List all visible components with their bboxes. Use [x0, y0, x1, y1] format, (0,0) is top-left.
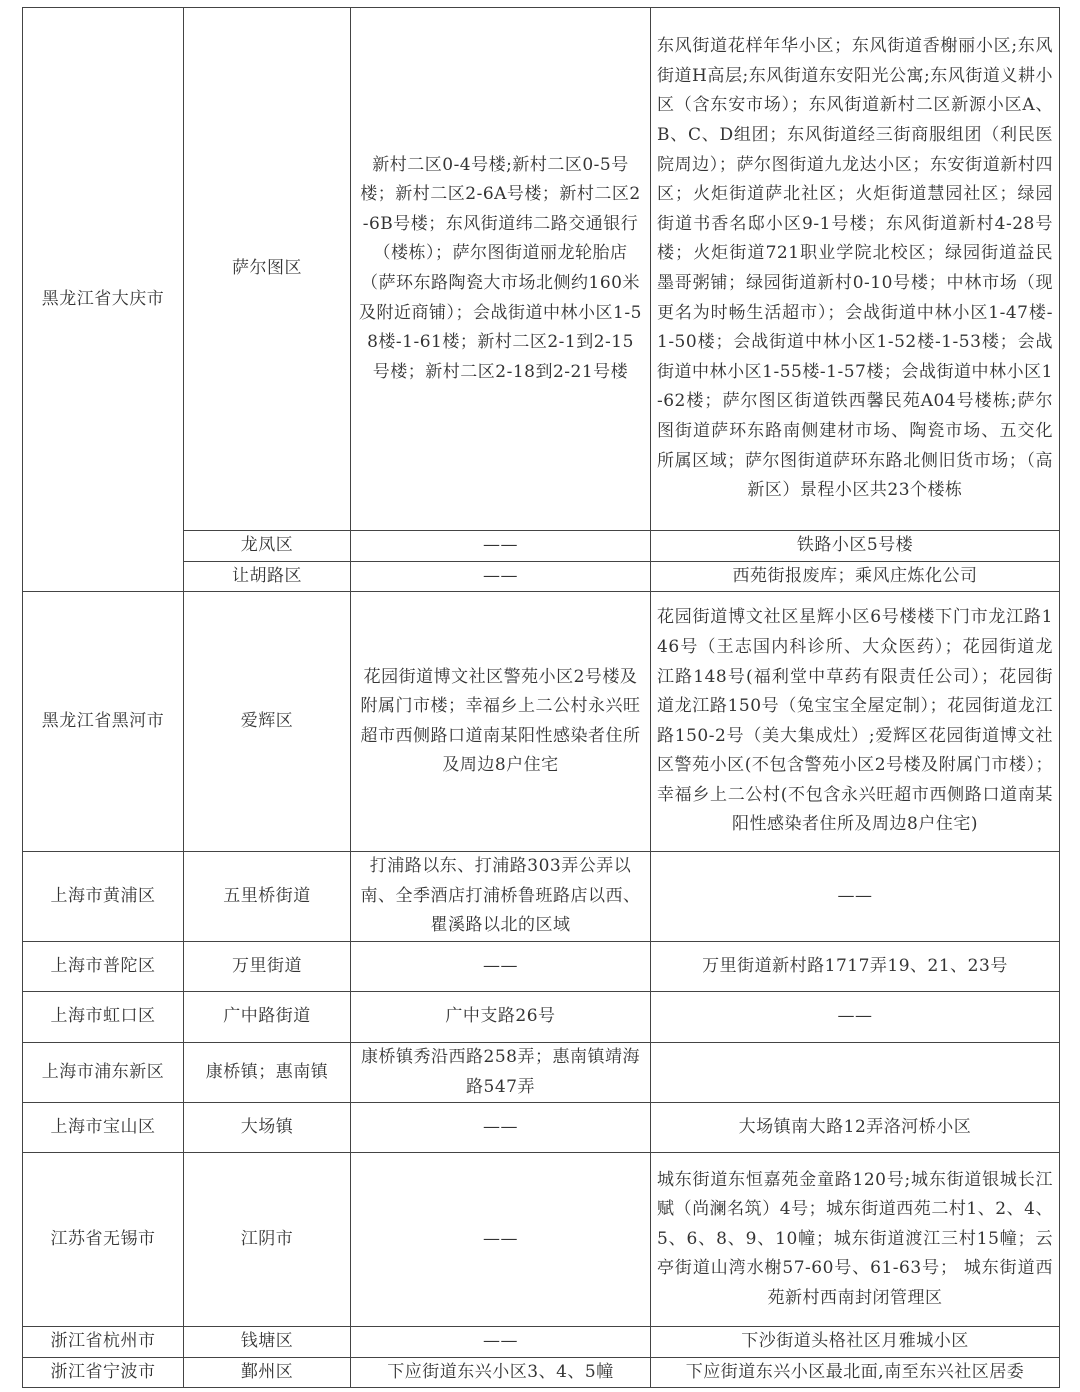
city-cell: 江苏省无锡市 — [23, 1153, 184, 1327]
low-risk-cell: 下应街道东兴小区最北面,南至东兴社区居委 — [651, 1357, 1060, 1388]
city-cell: 上海市普陀区 — [23, 941, 184, 991]
low-risk-cell: 大场镇南大路12弄洛河桥小区 — [651, 1103, 1060, 1153]
city-cell: 浙江省宁波市 — [23, 1357, 184, 1388]
city-cell: 上海市黄浦区 — [23, 852, 184, 942]
district-cell: 五里桥街道 — [184, 852, 351, 942]
city-cell: 上海市宝山区 — [23, 1103, 184, 1153]
district-cell: 爱辉区 — [184, 592, 351, 852]
low-risk-cell: 铁路小区5号楼 — [651, 531, 1060, 562]
district-cell: 鄞州区 — [184, 1357, 351, 1388]
district-cell: 江阴市 — [184, 1153, 351, 1327]
district-cell: 万里街道 — [184, 941, 351, 991]
medium-risk-cell: —— — [351, 1327, 651, 1358]
table-row: 浙江省宁波市 鄞州区 下应街道东兴小区3、4、5幢 下应街道东兴小区最北面,南至… — [23, 1357, 1060, 1388]
table-row: 黑龙江省黑河市 爱辉区 花园街道博文社区警苑小区2号楼及附属门市楼；幸福乡上二公… — [23, 592, 1060, 852]
table-row: 江苏省无锡市 江阴市 —— 城东街道东恒嘉苑金童路120号;城东街道银城长江赋（… — [23, 1153, 1060, 1327]
district-cell: 大场镇 — [184, 1103, 351, 1153]
table-row: 上海市普陀区 万里街道 —— 万里街道新村路1717弄19、21、23号 — [23, 941, 1060, 991]
low-risk-cell — [651, 1042, 1060, 1102]
low-risk-cell: —— — [651, 991, 1060, 1042]
low-risk-cell: 花园街道博文社区星辉小区6号楼楼下门市龙江路146号（王志国内科诊所、大众医药）… — [651, 592, 1060, 852]
low-risk-cell: 城东街道东恒嘉苑金童路120号;城东街道银城长江赋（尚澜名筑）4号；城东街道西苑… — [651, 1153, 1060, 1327]
table-row: 上海市黄浦区 五里桥街道 打浦路以东、打浦路303弄公弄以南、全季酒店打浦桥鲁班… — [23, 852, 1060, 942]
district-cell: 广中路街道 — [184, 991, 351, 1042]
city-cell: 浙江省杭州市 — [23, 1327, 184, 1358]
city-cell: 黑龙江省黑河市 — [23, 592, 184, 852]
low-risk-cell: 下沙街道头格社区月雅城小区 — [651, 1327, 1060, 1358]
risk-area-table: 黑龙江省大庆市 萨尔图区 新村二区0-4号楼;新村二区0-5号楼；新村二区2-6… — [22, 7, 1060, 1388]
district-cell: 钱塘区 — [184, 1327, 351, 1358]
low-risk-cell: 东风街道花样年华小区；东风街道香榭丽小区;东风街道H高层;东风街道东安阳光公寓;… — [651, 8, 1060, 531]
district-cell: 让胡路区 — [184, 561, 351, 592]
table-row: 上海市宝山区 大场镇 —— 大场镇南大路12弄洛河桥小区 — [23, 1103, 1060, 1153]
medium-risk-cell: —— — [351, 531, 651, 562]
table-row: 黑龙江省大庆市 萨尔图区 新村二区0-4号楼;新村二区0-5号楼；新村二区2-6… — [23, 8, 1060, 531]
medium-risk-cell: —— — [351, 1103, 651, 1153]
district-cell: 龙凤区 — [184, 531, 351, 562]
medium-risk-cell: 下应街道东兴小区3、4、5幢 — [351, 1357, 651, 1388]
low-risk-cell: 西苑街报废库；乘风庄炼化公司 — [651, 561, 1060, 592]
city-cell: 上海市浦东新区 — [23, 1042, 184, 1102]
district-cell: 康桥镇；惠南镇 — [184, 1042, 351, 1102]
medium-risk-cell: —— — [351, 1153, 651, 1327]
table-row: 上海市浦东新区 康桥镇；惠南镇 康桥镇秀沿西路258弄；惠南镇靖海路547弄 — [23, 1042, 1060, 1102]
city-cell: 上海市虹口区 — [23, 991, 184, 1042]
medium-risk-cell: 新村二区0-4号楼;新村二区0-5号楼；新村二区2-6A号楼；新村二区2-6B号… — [351, 8, 651, 531]
low-risk-cell: 万里街道新村路1717弄19、21、23号 — [651, 941, 1060, 991]
table-row: 浙江省杭州市 钱塘区 —— 下沙街道头格社区月雅城小区 — [23, 1327, 1060, 1358]
table-row: 上海市虹口区 广中路街道 广中支路26号 —— — [23, 991, 1060, 1042]
medium-risk-cell: 打浦路以东、打浦路303弄公弄以南、全季酒店打浦桥鲁班路店以西、瞿溪路以北的区域 — [351, 852, 651, 942]
medium-risk-cell: 康桥镇秀沿西路258弄；惠南镇靖海路547弄 — [351, 1042, 651, 1102]
city-cell: 黑龙江省大庆市 — [23, 8, 184, 592]
medium-risk-cell: —— — [351, 941, 651, 991]
medium-risk-cell: 广中支路26号 — [351, 991, 651, 1042]
medium-risk-cell: —— — [351, 561, 651, 592]
medium-risk-cell: 花园街道博文社区警苑小区2号楼及附属门市楼；幸福乡上二公村永兴旺超市西侧路口道南… — [351, 592, 651, 852]
low-risk-cell: —— — [651, 852, 1060, 942]
district-cell: 萨尔图区 — [184, 8, 351, 531]
